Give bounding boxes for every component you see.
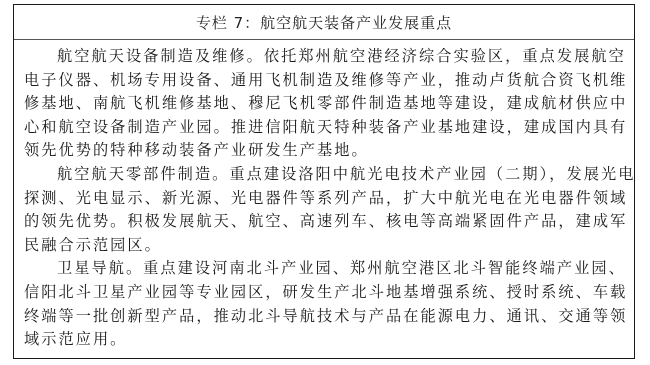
text-line: 领先优势的特种移动装备产业研发生产基地。 [24,139,620,163]
text-line: 卫星导航。重点建设河南北斗产业园、郑州航空港区北斗智能终端产业园、 [24,257,620,281]
paragraph-aerospace-equipment-manufacturing: 航空航天设备制造及维修。依托郑州航空港经济综合实验区，重点发展航空 电子仪器、机… [24,45,620,163]
text-line: 航空航天零部件制造。重点建设洛阳中航光电技术产业园（二期），发展光电 [24,163,620,187]
text-line: 心和航空设备制造产业园。推进信阳航天特种装备产业基地建设，建成国内具有 [24,116,620,140]
paragraph-satellite-navigation: 卫星导航。重点建设河南北斗产业园、郑州航空港区北斗智能终端产业园、 信阳北斗卫星… [24,257,620,351]
special-column-box: 专栏 7：航空航天装备产业发展重点 航空航天设备制造及维修。依托郑州航空港经济综… [13,4,635,359]
text-line: 的领先优势。积极发展航天、航空、高速列车、核电等高端紧固件产品，建成军 [24,210,620,234]
text-line: 修基地、南航飞机维修基地、穆尼飞机零部件制造基地等建设，建成航材供应中 [24,92,620,116]
text-line: 信阳北斗卫星产业园等专业园区，研发生产北斗地基增强系统、授时系统、车载 [24,281,620,305]
box-title: 专栏 7：航空航天装备产业发展重点 [14,5,634,40]
box-content: 航空航天设备制造及维修。依托郑州航空港经济综合实验区，重点发展航空 电子仪器、机… [14,40,634,352]
text-line: 探测、光电显示、新光源、光电器件等系列产品，扩大中航光电在光电器件领域 [24,187,620,211]
text-line: 域示范应用。 [24,328,620,352]
text-line: 航空航天设备制造及维修。依托郑州航空港经济综合实验区，重点发展航空 [24,45,620,69]
text-line: 民融合示范园区。 [24,234,620,258]
text-line: 电子仪器、机场专用设备、通用飞机制造及维修等产业，推动卢货航合资飞机维 [24,69,620,93]
text-line: 终端等一批创新型产品，推动北斗导航技术与产品在能源电力、通讯、交通等领 [24,305,620,329]
paragraph-aerospace-parts-manufacturing: 航空航天零部件制造。重点建设洛阳中航光电技术产业园（二期），发展光电 探测、光电… [24,163,620,257]
